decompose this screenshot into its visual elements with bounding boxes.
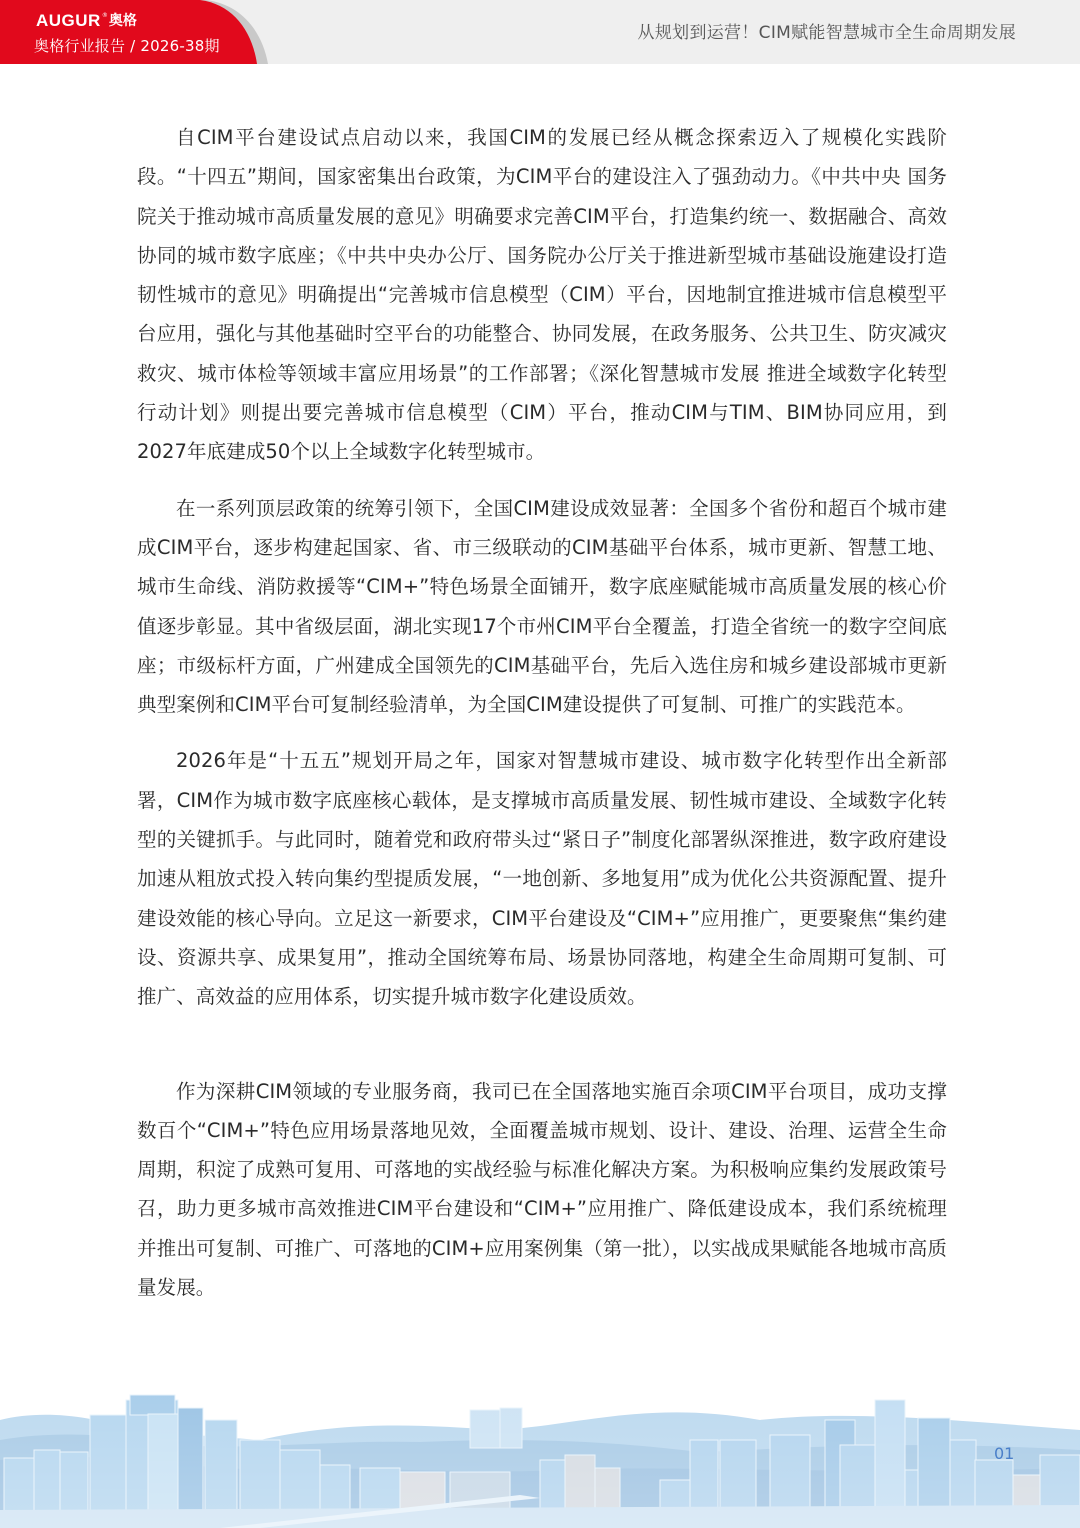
augur-logo: AUGUR ® 奥格 [36,11,137,31]
paragraph-2: 在一系列顶层政策的统筹引领下，全国CIM建设成效显著：全国多个省份和超百个城市建… [137,489,947,725]
page-number: 01 [994,1444,1014,1463]
logo-text-en: AUGUR [36,11,101,31]
report-title: 从规划到运营！CIM赋能智慧城市全生命周期发展 [638,22,1016,44]
article-body: 自CIM平台建设试点启动以来，我国CIM的发展已经从概念探索迈入了规模化实践阶段… [137,118,947,1307]
registered-mark: ® [102,12,108,20]
city-skyline-illustration [0,1380,1080,1528]
logo-text-cn: 奥格 [109,11,137,31]
paragraph-1: 自CIM平台建设试点启动以来，我国CIM的发展已经从概念探索迈入了规模化实践阶段… [137,118,947,472]
paragraph-4: 作为深耕CIM领域的专业服务商，我司已在全国落地实施百余项CIM平台项目，成功支… [137,1072,947,1308]
paragraph-3: 2026年是“十五五”规划开局之年，国家对智慧城市建设、城市数字化转型作出全新部… [137,741,947,1016]
page-header: AUGUR ® 奥格 奥格行业报告 / 2026-38期 从规划到运营！CIM赋… [0,0,1080,64]
report-issue: 奥格行业报告 / 2026-38期 [34,36,220,56]
